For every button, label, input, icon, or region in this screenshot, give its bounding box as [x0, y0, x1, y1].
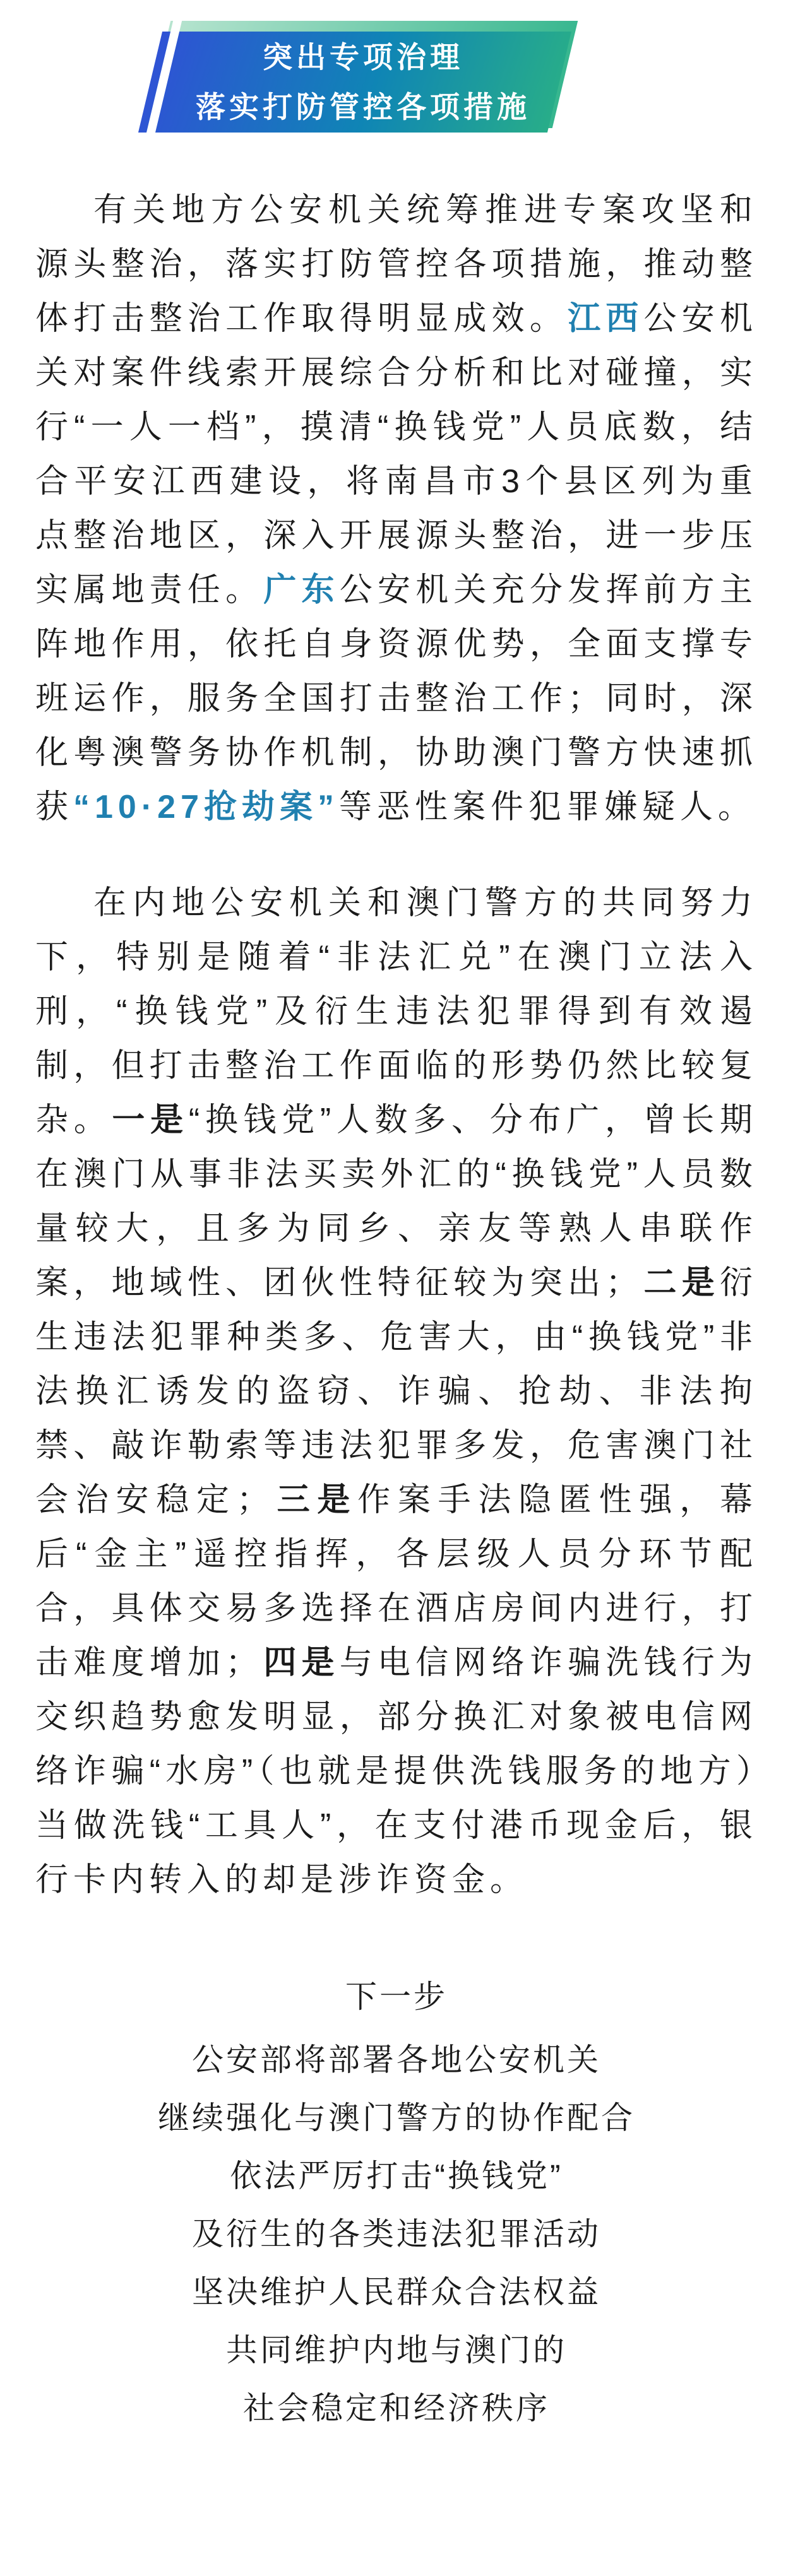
paragraph: 在内地公安机关和澳门警方的共同努力下，特别是随着“非法汇兑”在澳门立法入刑，“换… [35, 876, 758, 1907]
highlighted-text: 广东 [263, 572, 339, 608]
body-text: 等恶性案件犯罪嫌疑人。 [339, 789, 756, 825]
closing-line: 社会稳定和经济秩序 [0, 2379, 793, 2437]
highlighted-text: “10·27抢劫案” [73, 789, 339, 825]
closing-block: 下一步 公安部将部署各地公安机关继续强化与澳门警方的协作配合依法严厉打击“换钱党… [0, 1968, 793, 2437]
closing-line: 依法严厉打击“换钱党” [0, 2147, 793, 2205]
closing-line: 共同维护内地与澳门的 [0, 2321, 793, 2379]
banner-title: 突出专项治理 落实打防管控各项措施 [167, 32, 559, 133]
banner-title-line1: 突出专项治理 [263, 32, 463, 82]
body-text: 与电信网络诈骗洗钱行为交织趋势愈发明显，部分换汇对象被电信网络诈骗“水房”（也就… [35, 1645, 758, 1898]
highlighted-text: 江西 [568, 300, 643, 337]
closing-lines: 公安部将部署各地公安机关继续强化与澳门警方的协作配合依法严厉打击“换钱党”及衍生… [0, 2031, 793, 2437]
paragraph: 有关地方公安机关统筹推进专案攻坚和源头整治，落实打防管控各项措施，推动整体打击整… [35, 183, 758, 834]
bold-text: 一是 [112, 1102, 188, 1138]
body-text: 公安机关充分发挥前方主阵地作用，依托自身资源优势，全面支撑专班运作，服务全国打击… [35, 572, 758, 825]
article-body: 有关地方公安机关统筹推进专案攻坚和源头整治，落实打防管控各项措施，推动整体打击整… [0, 158, 793, 1907]
banner: 突出专项治理 落实打防管控各项措施 [0, 0, 793, 158]
bold-text: 四是 [263, 1645, 340, 1681]
closing-line: 坚决维护人民群众合法权益 [0, 2263, 793, 2321]
body-text: 公安机关对案件线索开展综合分析和比对碰撞，实行“一人一档”，摸清“换钱党”人员底… [35, 300, 758, 608]
closing-line: 公安部将部署各地公安机关 [0, 2031, 793, 2089]
bold-text: 三是 [275, 1482, 357, 1518]
closing-heading: 下一步 [0, 1968, 793, 2026]
body-text: 衍生违法犯罪种类多、危害大，由“换钱党”非法换汇诱发的盗窃、诈骗、抢劫、非法拘禁… [35, 1265, 758, 1518]
closing-line: 继续强化与澳门警方的协作配合 [0, 2089, 793, 2147]
body-text: 在内地公安机关和澳门警方的共同努力下，特别是随着“非法汇兑”在澳门立法入刑，“换… [35, 885, 758, 1138]
banner-title-line2: 落实打防管控各项措施 [196, 82, 530, 132]
bold-text: 二是 [643, 1265, 720, 1301]
closing-line: 及衍生的各类违法犯罪活动 [0, 2205, 793, 2263]
